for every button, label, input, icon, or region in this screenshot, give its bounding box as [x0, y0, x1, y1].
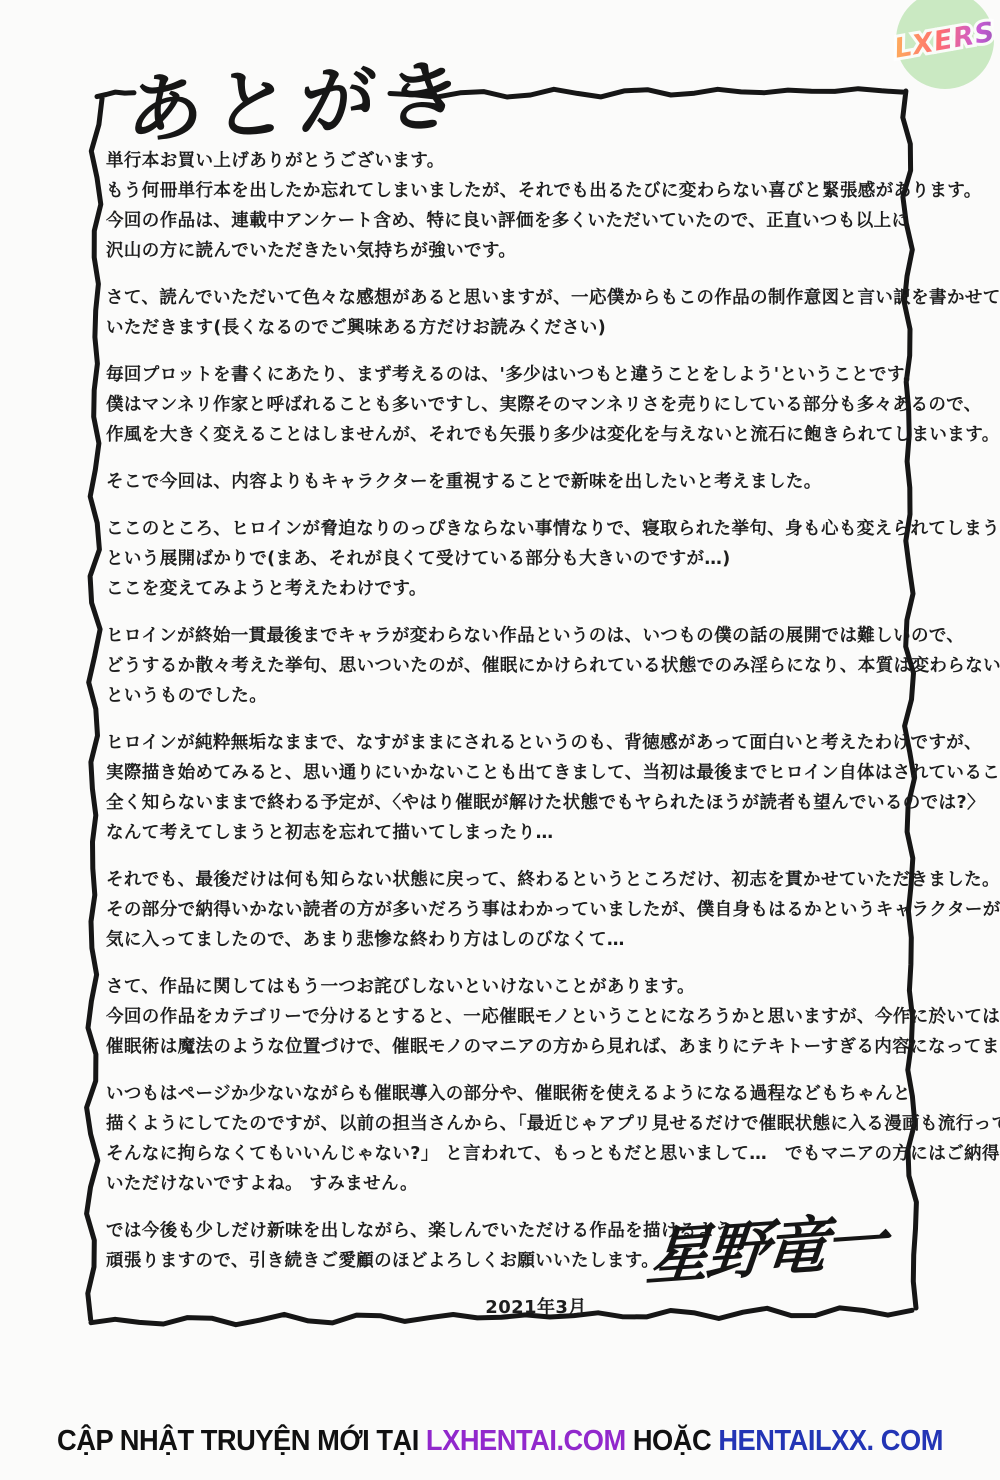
paragraph: さて、作品に関してはもう一つお詫びしないといけないことがあります。今回の作品をカ… [106, 972, 908, 1062]
text-line: どうするか散々考えた挙句、思いついたのが、催眠にかけられている状態でのみ淫らにな… [106, 651, 908, 681]
afterword-body: 単行本お買い上げありがとうございます。もう何冊単行本を出したか忘れてしまいました… [106, 146, 908, 1323]
text-line: 今回の作品をカテゴリーで分けるとすると、一応催眠モノということになろうかと思いま… [106, 1002, 908, 1032]
text-line: さて、読んでいただいて色々な感想があると思いますが、一応僕からもこの作品の制作意… [106, 283, 908, 313]
footer-text-prefix: CẬP NHẬT TRUYỆN MỚI TẠI [57, 1425, 426, 1457]
footer-link-hentailxx[interactable]: HENTAILXX. COM [718, 1425, 943, 1457]
text-line: 実際描き始めてみると、思い通りにいかないことも出てきまして、当初は最後までヒロイ… [106, 758, 908, 788]
paragraph: ここのところ、ヒロインが脅迫なりのっぴきならない事情なりで、寝取られた挙句、身も… [106, 514, 908, 604]
paragraphs-container: 単行本お買い上げありがとうございます。もう何冊単行本を出したか忘れてしまいました… [106, 146, 908, 1276]
paragraph: そこで今回は、内容よりもキャラクターを重視することで新味を出したいと考えました。 [106, 467, 908, 497]
text-line: それでも、最後だけは何も知らない状態に戻って、終わるというところだけ、初志を貫か… [106, 865, 908, 895]
lxers-logo-text: LXERS LXERS [892, 16, 998, 64]
text-line: 催眠術は魔法のような位置づけで、催眠モノのマニアの方から見れば、あまりにテキトー… [106, 1032, 908, 1062]
paragraph: 単行本お買い上げありがとうございます。もう何冊単行本を出したか忘れてしまいました… [106, 146, 908, 266]
text-line: 気に入ってましたので、あまり悲惨な終わり方はしのびなくて… [106, 925, 908, 955]
text-line: 描くようにしてたのですが、以前の担当さんから、「最近じゃアプリ見せるだけで催眠状… [106, 1109, 908, 1139]
text-line: 全く知らないままで終わる予定が、〈やはり催眠が解けた状態でもヤられたほうが読者も… [106, 788, 908, 818]
date-line: 2021年3月 [106, 1293, 908, 1323]
text-line: 沢山の方に読んでいただきたい気持ちが強いです。 [106, 236, 908, 266]
lxers-logo: LXERS LXERS [896, 0, 994, 89]
text-line: その部分で納得いかない読者の方が多いだろう事はわかっていましたが、僕自身もはるか… [106, 895, 908, 925]
paragraph: ヒロインが終始一貫最後までキャラが変わらない作品というのは、いつもの僕の話の展開… [106, 621, 908, 711]
lxers-logo-fill: LXERS [892, 16, 998, 64]
text-line: ヒロインが純粋無垢なままで、なすがままにされるというのも、背徳感があって面白いと… [106, 728, 908, 758]
text-line: いただきます(長くなるのでご興味ある方だけお読みください) [106, 313, 908, 343]
afterword-page: あとがき 単行本お買い上げありがとうございます。もう何冊単行本を出したか忘れてし… [0, 0, 1000, 1480]
footer-link-lxhentai[interactable]: LXHENTAI.COM [426, 1425, 626, 1457]
text-line: いつもはページか少ないながらも催眠導入の部分や、催眠術を使えるようになる過程など… [106, 1079, 908, 1109]
text-line: 僕はマンネリ作家と呼ばれることも多いですし、実際そのマンネリさを売りにしている部… [106, 390, 908, 420]
paragraph: それでも、最後だけは何も知らない状態に戻って、終わるというところだけ、初志を貫か… [106, 865, 908, 955]
text-line: 作風を大きく変えることはしませんが、それでも矢張り多少は変化を与えないと流石に飽… [106, 420, 908, 450]
text-line: そこで今回は、内容よりもキャラクターを重視することで新味を出したいと考えました。 [106, 467, 908, 497]
page-title: あとがき [125, 34, 475, 158]
footer-banner: CẬP NHẬT TRUYỆN MỚI TẠI LXHENTAI.COM HOẶ… [30, 1425, 970, 1458]
text-line: というものでした。 [106, 681, 908, 711]
footer-text-hoac: HOẶC [626, 1425, 719, 1457]
text-line: もう何冊単行本を出したか忘れてしまいましたが、それでも出るたびに変わらない喜びと… [106, 176, 908, 206]
paragraph: 毎回プロットを書くにあたり、まず考えるのは、'多少はいつもと違うことをしよう'と… [106, 360, 908, 450]
paragraph: さて、読んでいただいて色々な感想があると思いますが、一応僕からもこの作品の制作意… [106, 283, 908, 343]
paragraph: ヒロインが純粋無垢なままで、なすがままにされるというのも、背徳感があって面白いと… [106, 728, 908, 848]
text-line: ここを変えてみようと考えたわけです。 [106, 574, 908, 604]
text-line: そんなに拘らなくてもいいんじゃない?」 と言われて、もっともだと思いまして… で… [106, 1139, 908, 1169]
text-line: ここのところ、ヒロインが脅迫なりのっぴきならない事情なりで、寝取られた挙句、身も… [106, 514, 908, 544]
text-line: ヒロインが終始一貫最後までキャラが変わらない作品というのは、いつもの僕の話の展開… [106, 621, 908, 651]
text-line: 今回の作品は、連載中アンケート含め、特に良い評価を多くいただいていたので、正直い… [106, 206, 908, 236]
text-line: 単行本お買い上げありがとうございます。 [106, 146, 908, 176]
paragraph: いつもはページか少ないながらも催眠導入の部分や、催眠術を使えるようになる過程など… [106, 1079, 908, 1199]
text-line: なんて考えてしまうと初志を忘れて描いてしまったり… [106, 818, 908, 848]
text-line: いただけないですよね。 すみません。 [106, 1169, 908, 1199]
text-line: という展開ばかりで(まあ、それが良くて受けている部分も大きいのですが…) [106, 544, 908, 574]
text-line: さて、作品に関してはもう一つお詫びしないといけないことがあります。 [106, 972, 908, 1002]
text-line: 毎回プロットを書くにあたり、まず考えるのは、'多少はいつもと違うことをしよう'と… [106, 360, 908, 390]
